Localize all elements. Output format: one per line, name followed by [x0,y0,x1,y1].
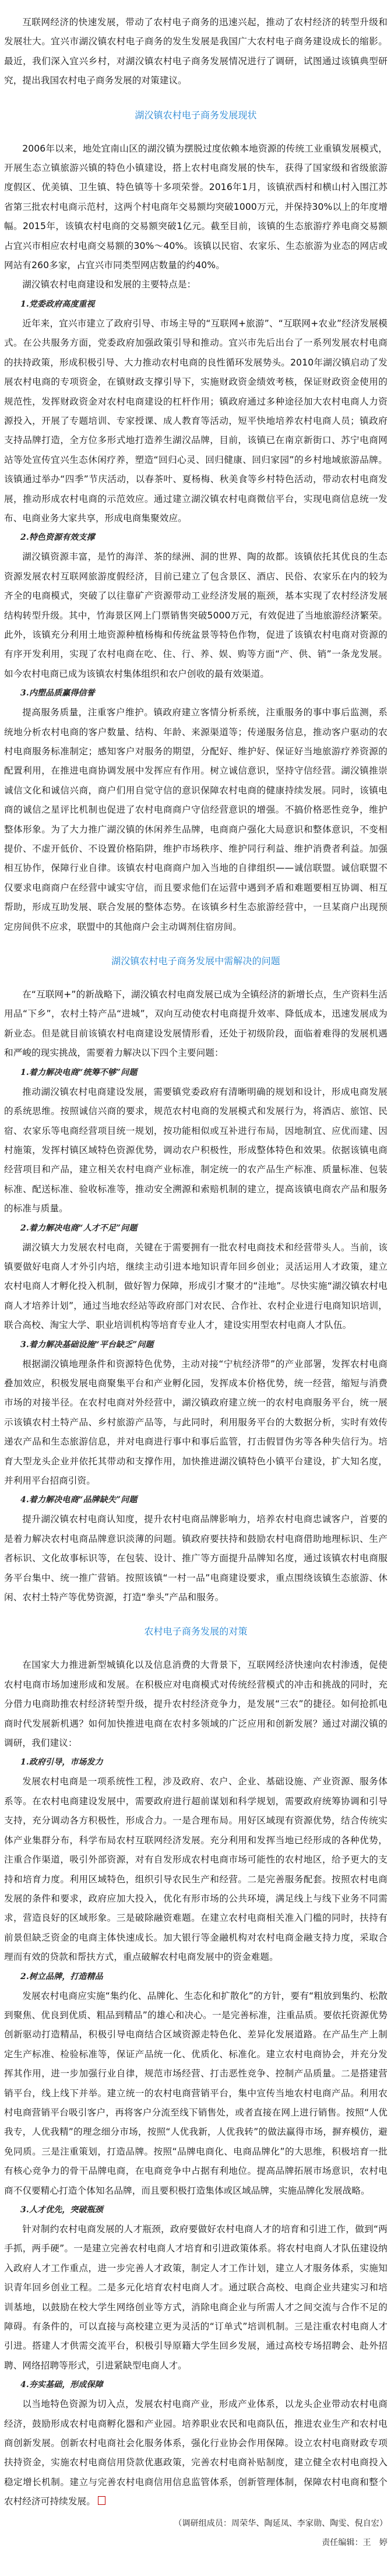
section-countermeasures: 农村电子商务发展的对策 在国家大力推进新型城镇化以及信息消费的大背景下，互联网经… [4,1622,388,2511]
section-problems: 湖㳇镇农村电子商务发展中需解决的问题 在“互联网+”的新战略下，湖㳇镇农村电商发… [4,951,388,1607]
paragraph: 近年来，宜兴市建立了政府引导、市场主导的“互联网+旅游”、“互联网+农业”经济发… [4,314,388,528]
research-team-credits: （调研组成员：周荣华、陶延凤、李家勋、陶雯、倪自宏） [4,2514,388,2533]
paragraph: 在“互联网+”的新战略下，湖㳇镇农村电商发展已成为全镇经济的新增长点，生产资料生… [4,985,388,1063]
section-title: 湖㳇镇农村电子商务发展现状 [4,106,388,125]
end-mark-icon [98,2496,105,2505]
paragraph: 根据湖㳇镇地理条件和资源特色优势，主动对接“宁杭经济带”的产业部署，发挥农村电商… [4,1355,388,1491]
subsection-heading: 1.着力解决电商“统筹不够”问题 [4,1063,388,1083]
subsection-heading: 2.特色资源有效支撑 [4,528,388,547]
article: 互联网经济的快速发展，带动了农村电子商务的迅速兴起，推动了农村经济的转型升级和发… [0,0,391,2576]
paragraph: 提高服务质量，注重客户维护。镇政府建立客情分析系统，注重服务的事中事后监测，系统… [4,703,388,937]
subsection-heading: 1.党委政府高度重视 [4,295,388,314]
paragraph: 2006年以来，地处宜南山区的湖㳇镇为摆脱过度依赖本地资源的传统工业重镇发展模式… [4,139,388,276]
paragraph: 发展农村电商是一项系统性工程，涉及政府、农户、企业、基础设施、产业资源、服务体系… [4,1772,388,1967]
paragraph: 针对制约农村电商发展的人才瓶颈，政府要做好农村电商人才的培育和引进工作，做到“两… [4,2220,388,2375]
paragraph: 发展农村电商应实施“集约化、品牌化、生态化和扩散化”的方针，要有“粗放到集约、松… [4,1987,388,2201]
paragraph: 湖㳇镇农村电商建设和发展的主要特点是： [4,275,388,294]
final-paragraph: 以当地特色资源为切入点，发展农村电商产业，形成产业体系，以龙头企业带动农村电商经… [4,2395,388,2511]
subsection-heading: 2.着力解决电商“人才不足”问题 [4,1219,388,1238]
paragraph: 在国家大力推进新型城镇化以及信息消费的大背景下，互联网经济快速向农村渗透，促使农… [4,1656,388,1753]
subsection-heading: 3.着力解决基础设施“平台缺乏”问题 [4,1336,388,1355]
paragraph: 推动湖㳇镇农村电商建设发展，需要镇党委政府有清晰明确的规划和设计，形成电商发展的… [4,1083,388,1219]
subsection-heading: 1.政府引导，市场发力 [4,1753,388,1772]
paragraph: 湖㳇镇资源丰富，是竹的海洋、茶的绿洲、洞的世界、陶的故都。该镇依托其优良的生态资… [4,547,388,684]
subsection-heading: 4.夯实基础，形成保障 [4,2375,388,2395]
responsible-editor: 责任编辑：王 婷 [4,2533,388,2553]
subsection-heading: 2.树立品牌，打造精品 [4,1967,388,1987]
final-paragraph-text: 以当地特色资源为切入点，发展农村电商产业，形成产业体系，以龙头企业带动农村电商经… [4,2399,388,2507]
intro-paragraph: 互联网经济的快速发展，带动了农村电子商务的迅速兴起，推动了农村经济的转型升级和发… [4,13,388,91]
subsection-heading: 4.着力解决电商“品牌缺失”问题 [4,1491,388,1510]
paragraph: 湖㳇镇大力发展农村电商，关键在于需要拥有一批农村电商技术和经营带头人。当前，该镇… [4,1238,388,1336]
section-title: 农村电子商务发展的对策 [4,1622,388,1641]
subsection-heading: 3.内塑品质赢得信誉 [4,684,388,703]
paragraph: 提升湖㳇镇农村电商认知度，提升农村电商品牌影响力，培养农村电商忠诚客户，首要的是… [4,1510,388,1607]
subsection-heading: 3.人才优先，突破瓶颈 [4,2201,388,2220]
section-current-status: 湖㳇镇农村电子商务发展现状 2006年以来，地处宜南山区的湖㳇镇为摆脱过度依赖本… [4,106,388,937]
section-title: 湖㳇镇农村电子商务发展中需解决的问题 [4,951,388,971]
